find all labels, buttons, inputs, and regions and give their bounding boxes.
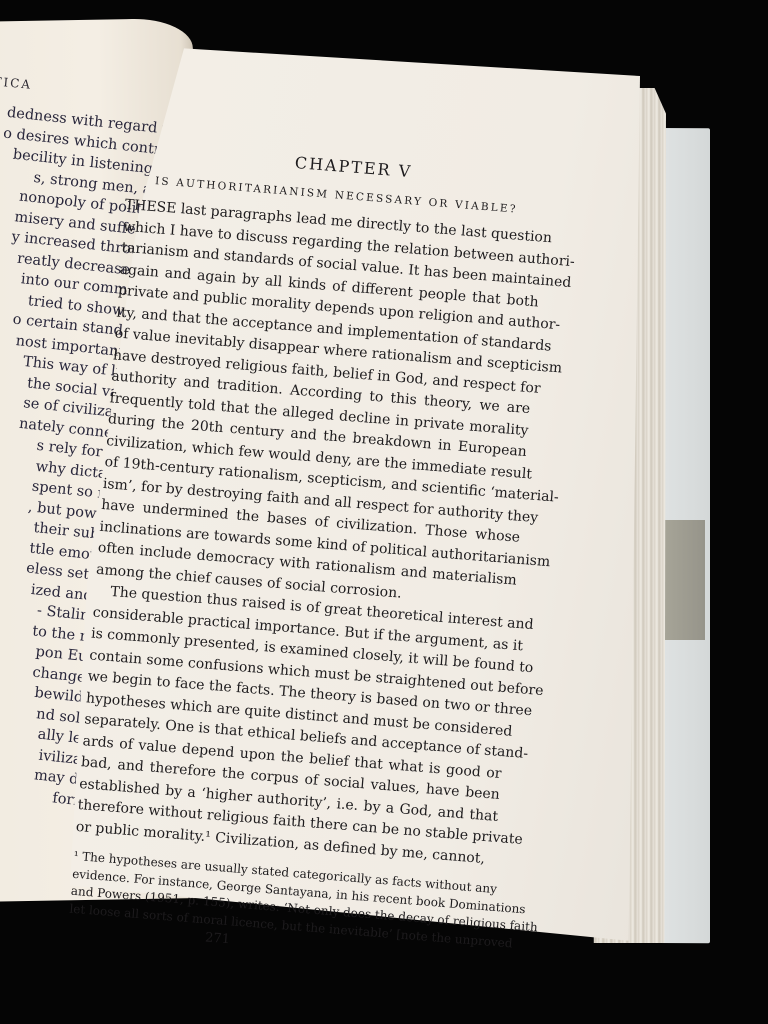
photo-scene: TICA dedness with regard too desires whi… — [0, 0, 768, 1024]
paragraph-2: The question thus raised is of great the… — [75, 581, 514, 871]
left-running-header: TICA — [0, 74, 33, 91]
right-page-text: CHAPTER V IS AUTHORITARIANISM NECESSARY … — [67, 140, 548, 967]
paragraph-1: THESE last paragraphs lead me directly t… — [95, 195, 544, 614]
